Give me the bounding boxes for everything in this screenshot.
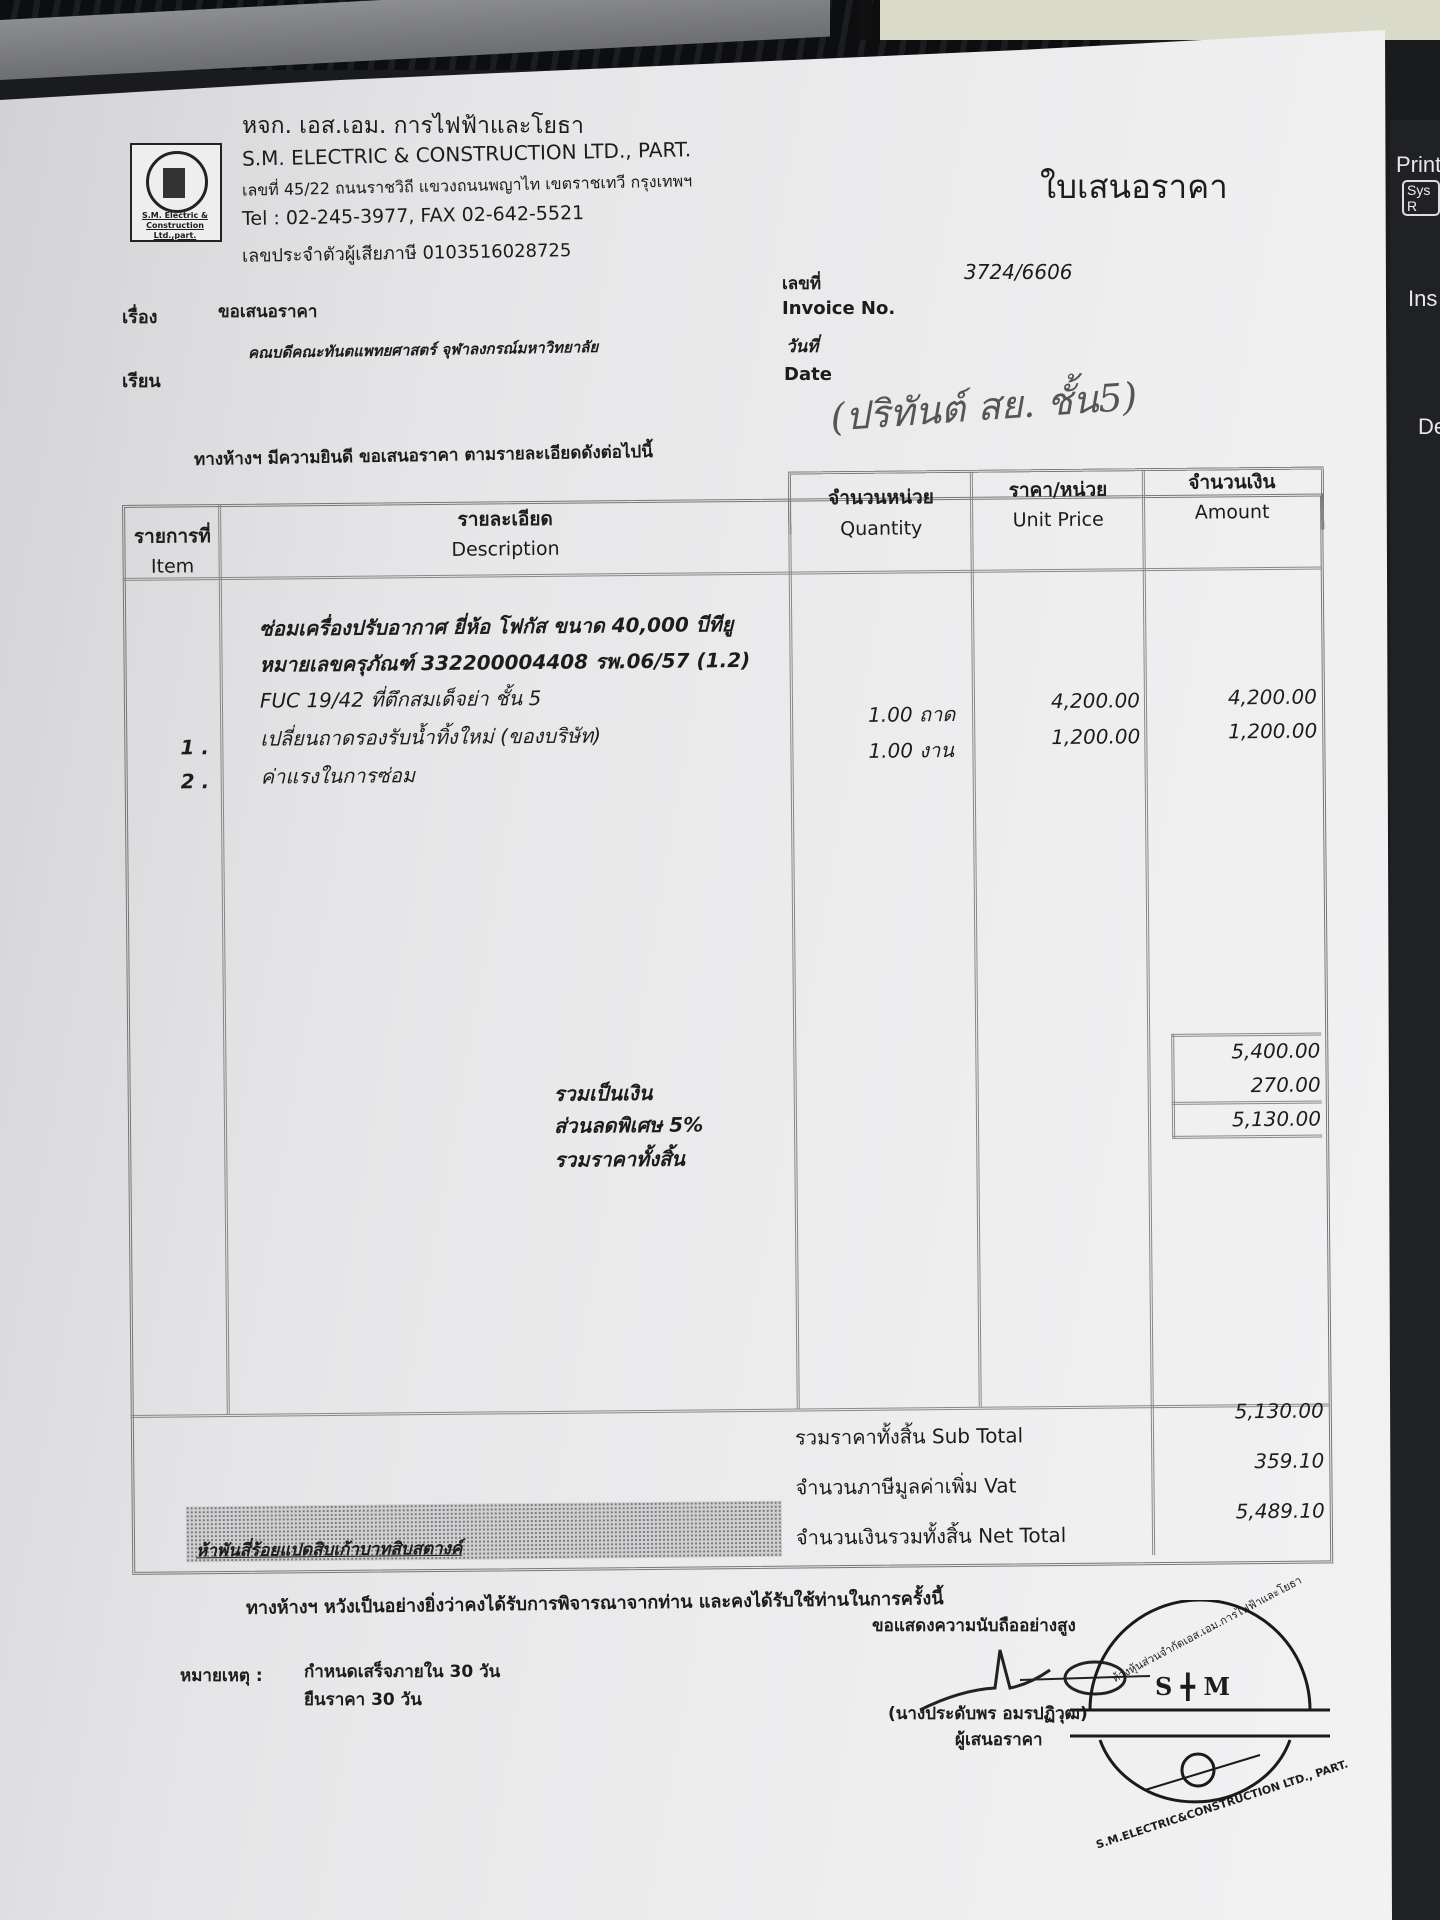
row-quantity: 1.00 ถาด <box>868 698 956 731</box>
table-row: 1 . เปลี่ยนถาดรองรับน้ำทิ้งใหม่ (ของบริษ… <box>0 0 1435 1</box>
row-item: 1 . <box>180 735 209 759</box>
summary-value-discount: 270.00 <box>1146 1073 1321 1099</box>
row-amount: 4,200.00 <box>1142 685 1317 711</box>
desc-line-1: ซ่อมเครื่องปรับอากาศ ยี่ห้อ โฟกัส ขนาด 4… <box>259 608 733 645</box>
header-desc-th: รายละเอียด <box>222 502 788 537</box>
summary-value-total: 5,130.00 <box>1146 1107 1321 1133</box>
header-price-en: Unit Price <box>974 508 1142 532</box>
row-description: ค่าแรงในการซ่อม <box>261 759 416 792</box>
header-amount-th: จำนวนเงิน <box>1146 467 1318 499</box>
summary-label-total: รวมราคาทั้งสิ้น <box>554 1143 685 1176</box>
desc-line-2: หมายเลขครุภัณฑ์ 332200004408 รพ.06/57 (1… <box>259 644 750 681</box>
summary-label-discount: ส่วนลดพิเศษ 5% <box>554 1108 703 1141</box>
summary-label-gross: รวมเป็นเงิน <box>554 1077 653 1110</box>
desc-line-3: FUC 19/42 ที่ตึกสมเด็จย่า ชั้น 5 <box>260 682 542 717</box>
signer-role: ผู้เสนอราคา <box>955 1726 1043 1753</box>
row-description: เปลี่ยนถาดรองรับน้ำทิ้งใหม่ (ของบริษัท) <box>260 719 601 754</box>
header-price-th: ราคา/หน่วย <box>974 474 1142 506</box>
subtotal-value: 5,130.00 <box>1149 1398 1324 1424</box>
row-unit-price: 1,200.00 <box>968 724 1140 750</box>
header-qty-en: Quantity <box>792 517 970 541</box>
stamp-mark: S ╋ M <box>1155 1672 1230 1701</box>
net-total-label: จำนวนเงินรวมทั้งสิ้น Net Total <box>796 1519 1067 1554</box>
header-item-en: Item <box>127 555 219 578</box>
vat-label: จำนวนภาษีมูลค่าเพิ่ม Vat <box>795 1469 1016 1503</box>
header-amount-en: Amount <box>1146 500 1318 524</box>
header-item-th: รายการที่ <box>126 521 218 552</box>
row-item: 2 . <box>181 769 210 793</box>
row-quantity: 1.00 งาน <box>868 734 954 767</box>
regards-text: ขอแสดงความนับถืออย่างสูง <box>872 1612 1076 1639</box>
table-row: 2 . ค่าแรงในการซ่อม 1.00 งาน 1,200.00 1,… <box>0 0 1435 1</box>
vat-value: 359.10 <box>1149 1448 1324 1474</box>
net-total-value: 5,489.10 <box>1150 1498 1325 1524</box>
header-qty-th: จำนวนหน่วย <box>792 482 970 514</box>
company-stamp: S ╋ M ห้างหุ้นส่วนจำกัดเอส.เอม.การไฟฟ้าแ… <box>1050 1600 1340 1840</box>
remark-label: หมายเหตุ : <box>180 1662 263 1689</box>
remark-line-2: ยืนราคา 30 วัน <box>304 1686 422 1713</box>
subtotal-label: รวมราคาทั้งสิ้น Sub Total <box>795 1419 1023 1453</box>
amount-in-words: ห้าพันสี่ร้อยแปดสิบเก้าบาทสิบสตางค์ <box>196 1535 462 1565</box>
remark-line-1: กำหนดเสร็จภายใน 30 วัน <box>304 1658 500 1685</box>
summary-value-gross: 5,400.00 <box>1145 1039 1320 1065</box>
row-amount: 1,200.00 <box>1142 719 1317 745</box>
row-unit-price: 4,200.00 <box>968 688 1140 714</box>
